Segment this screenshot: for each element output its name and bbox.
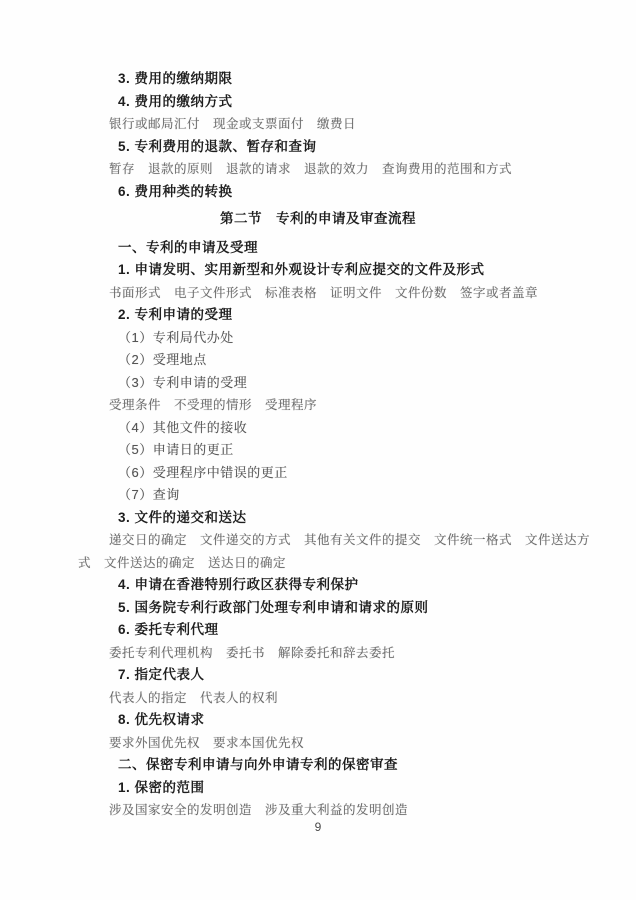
text-line: 要求外国优先权 要求本国优先权 [109, 732, 568, 755]
text-line: 涉及国家安全的发明创造 涉及重大利益的发明创造 [109, 799, 568, 822]
text-line: （5）申请日的更正 [118, 439, 568, 462]
page-number: 9 [0, 820, 636, 834]
text-line: 代表人的指定 代表人的权利 [109, 687, 568, 710]
text-line: 1. 申请发明、实用新型和外观设计专利应提交的文件及形式 [118, 259, 568, 282]
text-line: 5. 国务院专利行政部门处理专利申请和请求的原则 [118, 597, 568, 620]
text-line: 银行或邮局汇付 现金或支票面付 缴费日 [109, 113, 568, 136]
text-line: 6. 费用种类的转换 [118, 181, 568, 204]
document-page: 3. 费用的缴纳期限4. 费用的缴纳方式银行或邮局汇付 现金或支票面付 缴费日5… [0, 0, 636, 900]
text-line: 2. 专利申请的受理 [118, 304, 568, 327]
text-line: 8. 优先权请求 [118, 709, 568, 732]
text-line: 1. 保密的范围 [118, 777, 568, 800]
page-content: 3. 费用的缴纳期限4. 费用的缴纳方式银行或邮局汇付 现金或支票面付 缴费日5… [0, 0, 636, 822]
text-line: 4. 申请在香港特别行政区获得专利保护 [118, 574, 568, 597]
text-line: 委托专利代理机构 委托书 解除委托和辞去委托 [109, 642, 568, 665]
text-line: 3. 文件的递交和送达 [118, 507, 568, 530]
text-line: 一、专利的申请及受理 [118, 237, 568, 260]
text-line: （4）其他文件的接收 [118, 417, 568, 440]
text-line: 书面形式 电子文件形式 标准表格 证明文件 文件份数 签字或者盖章 [109, 282, 568, 305]
text-line: 受理条件 不受理的情形 受理程序 [109, 394, 568, 417]
text-line: （7）查询 [118, 484, 568, 507]
text-line: 7. 指定代表人 [118, 664, 568, 687]
text-line: 5. 专利费用的退款、暂存和查询 [118, 136, 568, 159]
text-line: （2）受理地点 [118, 349, 568, 372]
section-heading: 第二节 专利的申请及审查流程 [68, 208, 568, 231]
text-line: 式 文件送达的确定 送达日的确定 [78, 552, 568, 575]
text-line: 递交日的确定 文件递交的方式 其他有关文件的提交 文件统一格式 文件送达方 [109, 529, 568, 552]
text-line: 6. 委托专利代理 [118, 619, 568, 642]
text-line: （6）受理程序中错误的更正 [118, 462, 568, 485]
text-line: 暂存 退款的原则 退款的请求 退款的效力 查询费用的范围和方式 [109, 158, 568, 181]
text-line: 3. 费用的缴纳期限 [118, 68, 568, 91]
text-line: （1）专利局代办处 [118, 327, 568, 350]
text-line: 二、保密专利申请与向外申请专利的保密审查 [118, 754, 568, 777]
text-line: 4. 费用的缴纳方式 [118, 91, 568, 114]
text-line: （3）专利申请的受理 [118, 372, 568, 395]
